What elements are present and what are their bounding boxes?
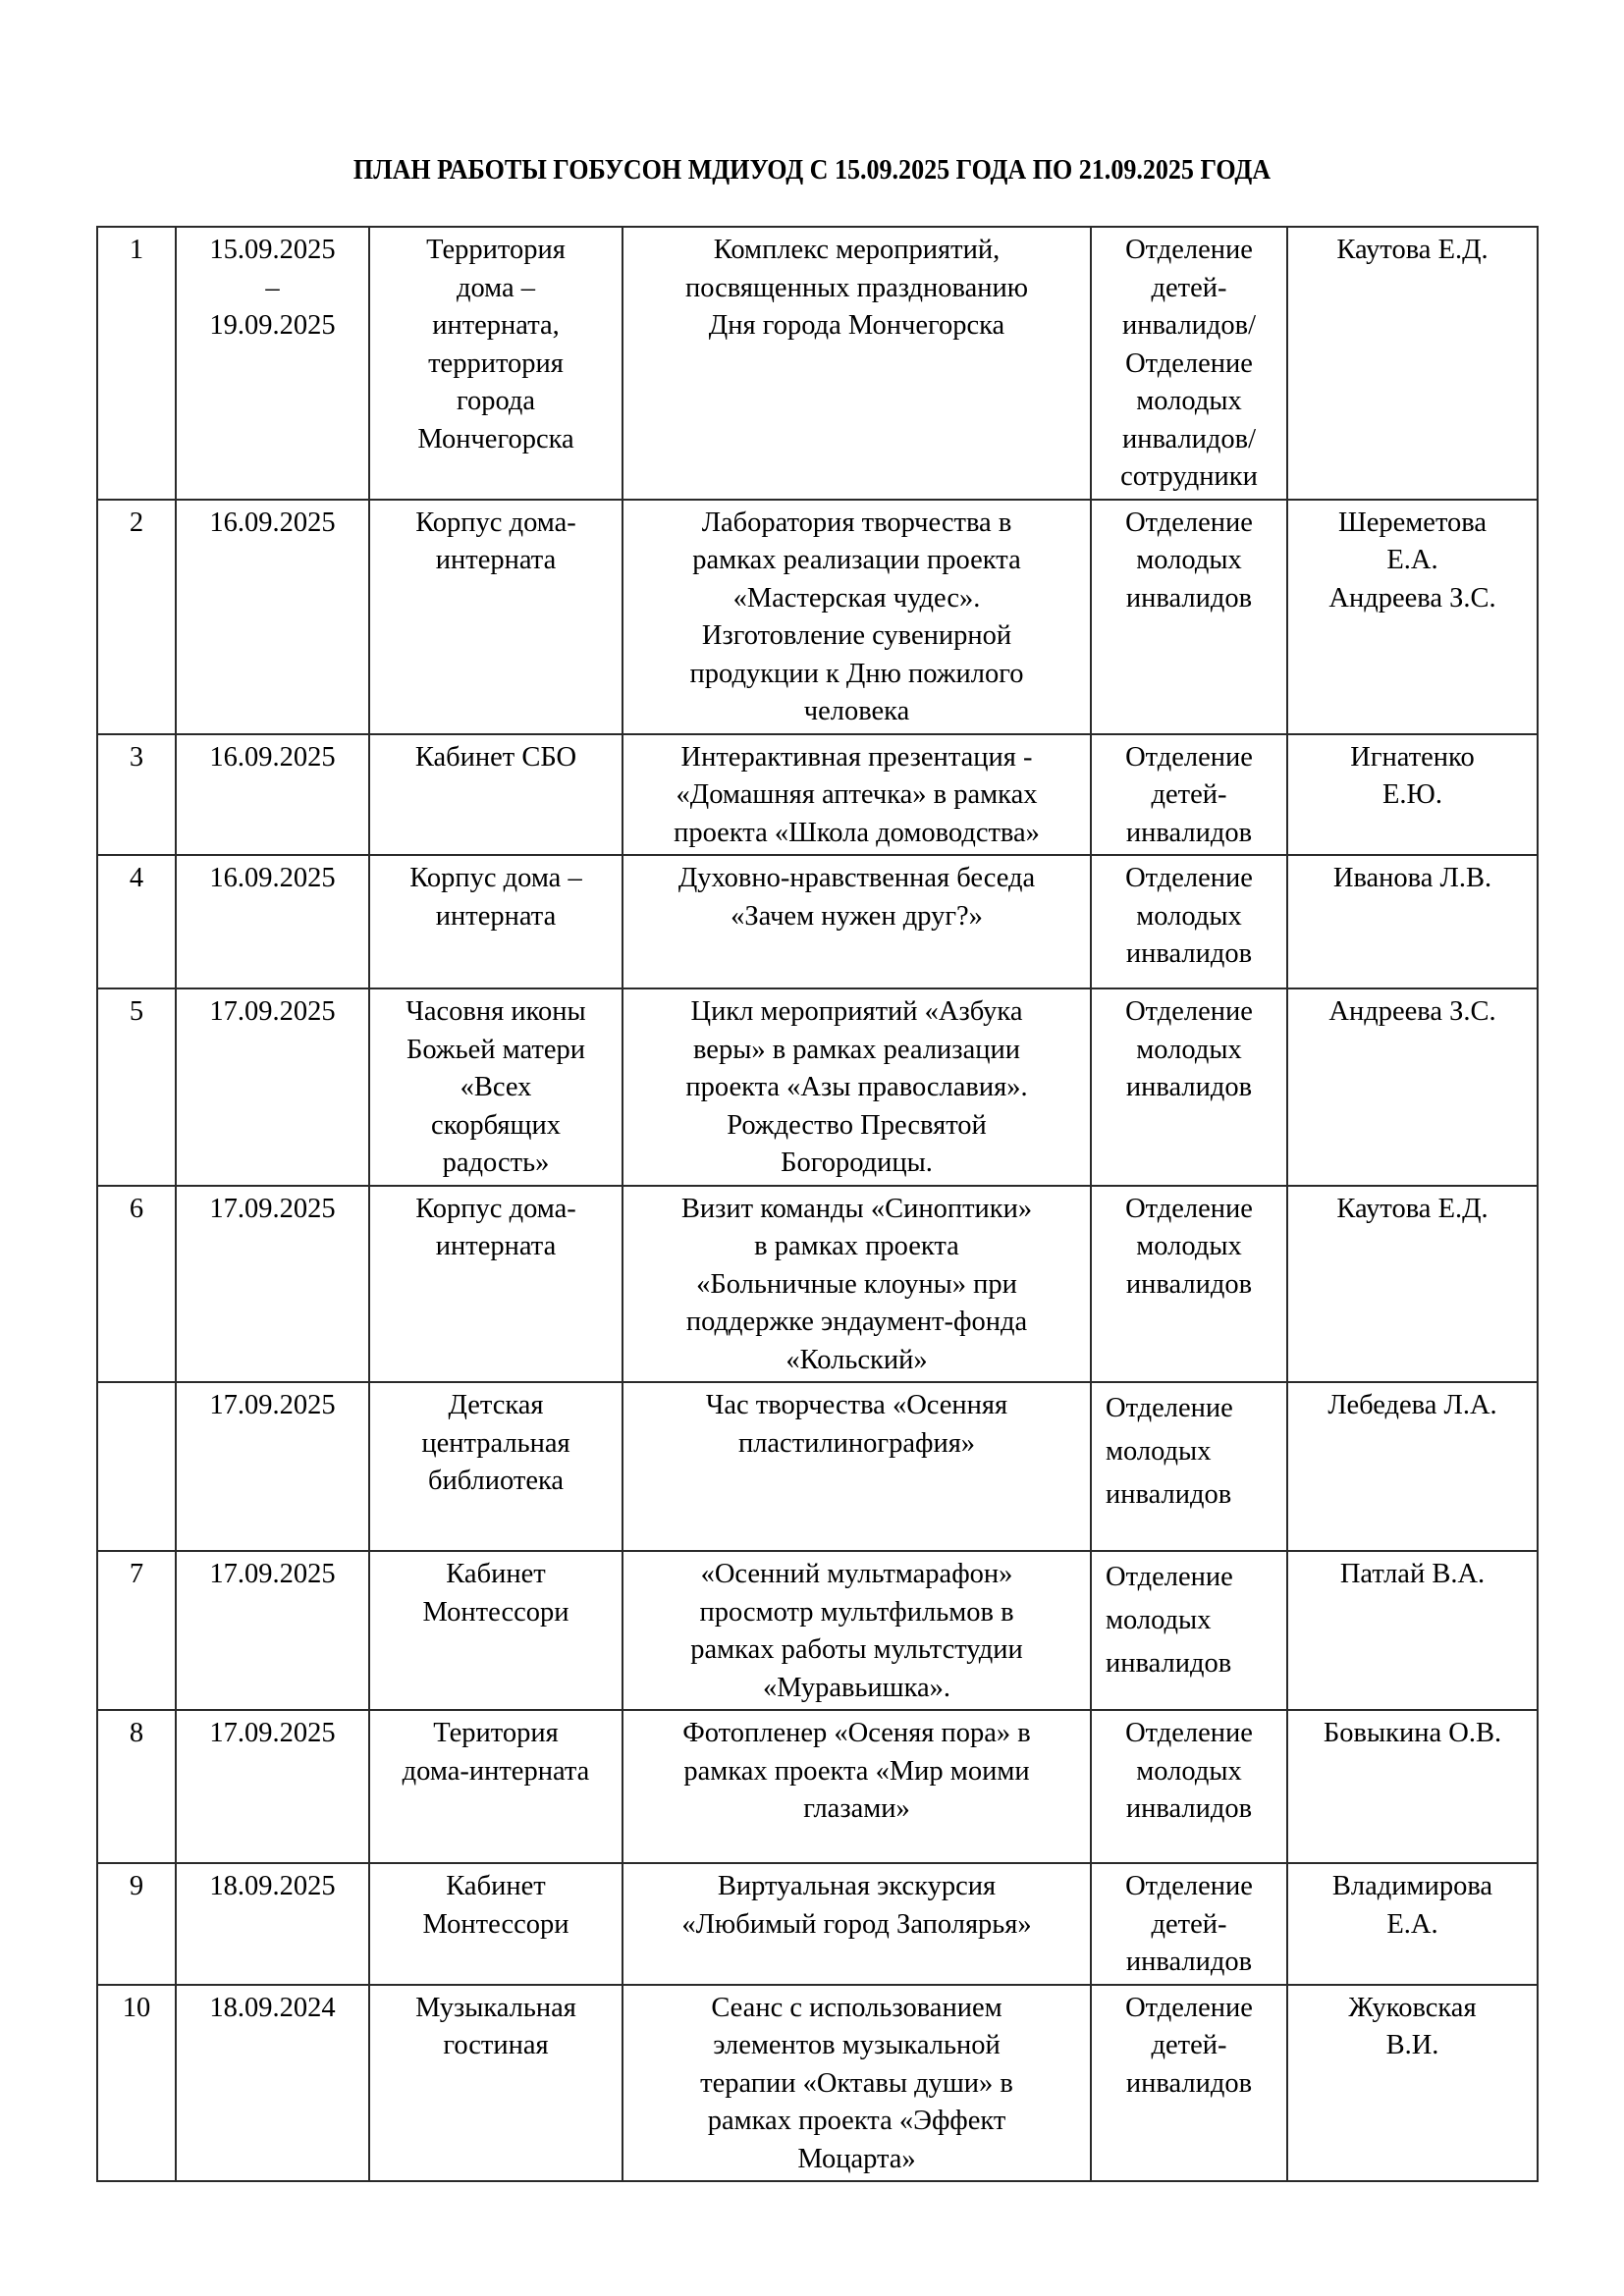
event-date: 16.09.2025	[176, 855, 369, 988]
event-description: Комплекс мероприятий, посвященных праздн…	[623, 227, 1091, 500]
event-place: Корпус дома – интерната	[369, 855, 623, 988]
event-description: Визит команды «Синоптики» в рамках проек…	[623, 1186, 1091, 1383]
row-number: 6	[97, 1186, 176, 1383]
row-number: 2	[97, 500, 176, 734]
event-date: 17.09.2025	[176, 1186, 369, 1383]
event-description: Лаборатория творчества в рамках реализац…	[623, 500, 1091, 734]
event-description: Цикл мероприятий «Азбука веры» в рамках …	[623, 988, 1091, 1186]
row-number: 4	[97, 855, 176, 988]
event-responsible: Шереметова Е.А. Андреева З.С.	[1287, 500, 1538, 734]
event-department: Отделение детей- инвалидов	[1091, 1985, 1287, 2182]
event-department: Отделение детей- инвалидов	[1091, 1863, 1287, 1985]
event-date: 16.09.2025	[176, 734, 369, 856]
event-responsible: Бовыкина О.В.	[1287, 1710, 1538, 1863]
table-row: 6 17.09.2025 Корпус дома- интерната Визи…	[97, 1186, 1538, 1383]
event-responsible: Иванова Л.В.	[1287, 855, 1538, 988]
table-row: 8 17.09.2025 Територия дома-интерната Фо…	[97, 1710, 1538, 1863]
event-responsible: Игнатенко Е.Ю.	[1287, 734, 1538, 856]
table-row: 9 18.09.2025 Кабинет Монтессори Виртуаль…	[97, 1863, 1538, 1985]
event-place: Кабинет Монтессори	[369, 1863, 623, 1985]
event-place: Музыкальная гостиная	[369, 1985, 623, 2182]
event-description: «Осенний мультмарафон» просмотр мультфил…	[623, 1551, 1091, 1710]
event-description: Духовно-нравственная беседа «Зачем нужен…	[623, 855, 1091, 988]
event-place: Часовня иконы Божьей матери «Всех скорбя…	[369, 988, 623, 1186]
event-date: 17.09.2025	[176, 1710, 369, 1863]
event-date: 15.09.2025 – 19.09.2025	[176, 227, 369, 500]
event-department: Отделение молодых инвалидов	[1091, 1551, 1287, 1710]
event-date: 17.09.2025	[176, 988, 369, 1186]
row-number: 10	[97, 1985, 176, 2182]
event-description: Фотопленер «Осеняя пора» в рамках проект…	[623, 1710, 1091, 1863]
event-department: Отделение молодых инвалидов	[1091, 1710, 1287, 1863]
event-place: Корпус дома- интерната	[369, 500, 623, 734]
document-title: ПЛАН РАБОТЫ ГОБУСОН МДИУОД С 15.09.2025 …	[57, 155, 1567, 187]
event-description: Интерактивная презентация - «Домашняя ап…	[623, 734, 1091, 856]
row-number	[97, 1382, 176, 1551]
event-responsible: Жуковская В.И.	[1287, 1985, 1538, 2182]
event-department: Отделение молодых инвалидов	[1091, 1186, 1287, 1383]
event-date: 18.09.2024	[176, 1985, 369, 2182]
event-date: 17.09.2025	[176, 1382, 369, 1551]
event-place: Кабинет Монтессори	[369, 1551, 623, 1710]
event-description: Сеанс с использованием элементов музыкал…	[623, 1985, 1091, 2182]
event-responsible: Патлай В.А.	[1287, 1551, 1538, 1710]
event-description: Виртуальная экскурсия «Любимый город Зап…	[623, 1863, 1091, 1985]
table-row: 3 16.09.2025 Кабинет СБО Интерактивная п…	[97, 734, 1538, 856]
table-row: 1 15.09.2025 – 19.09.2025 Территория дом…	[97, 227, 1538, 500]
table-row: 4 16.09.2025 Корпус дома – интерната Дух…	[97, 855, 1538, 988]
event-department: Отделение молодых инвалидов	[1091, 500, 1287, 734]
table-row: 7 17.09.2025 Кабинет Монтессори «Осенний…	[97, 1551, 1538, 1710]
event-responsible: Каутова Е.Д.	[1287, 227, 1538, 500]
event-date: 18.09.2025	[176, 1863, 369, 1985]
table-row: 17.09.2025 Детская центральная библиотек…	[97, 1382, 1538, 1551]
row-number: 8	[97, 1710, 176, 1863]
event-place: Детская центральная библиотека	[369, 1382, 623, 1551]
event-date: 16.09.2025	[176, 500, 369, 734]
event-responsible: Владимирова Е.А.	[1287, 1863, 1538, 1985]
event-responsible: Лебедева Л.А.	[1287, 1382, 1538, 1551]
event-responsible: Каутова Е.Д.	[1287, 1186, 1538, 1383]
row-number: 7	[97, 1551, 176, 1710]
event-place: Корпус дома- интерната	[369, 1186, 623, 1383]
event-place: Территория дома – интерната, территория …	[369, 227, 623, 500]
event-place: Кабинет СБО	[369, 734, 623, 856]
table-row: 5 17.09.2025 Часовня иконы Божьей матери…	[97, 988, 1538, 1186]
event-department: Отделение молодых инвалидов	[1091, 855, 1287, 988]
event-department: Отделение молодых инвалидов	[1091, 988, 1287, 1186]
event-description: Час творчества «Осенняя пластилинография…	[623, 1382, 1091, 1551]
row-number: 9	[97, 1863, 176, 1985]
row-number: 5	[97, 988, 176, 1186]
event-department: Отделение молодых инвалидов	[1091, 1382, 1287, 1551]
event-date: 17.09.2025	[176, 1551, 369, 1710]
event-place: Територия дома-интерната	[369, 1710, 623, 1863]
work-plan-table: 1 15.09.2025 – 19.09.2025 Территория дом…	[96, 226, 1539, 2182]
event-responsible: Андреева З.С.	[1287, 988, 1538, 1186]
event-department: Отделение детей- инвалидов	[1091, 734, 1287, 856]
table-row: 10 18.09.2024 Музыкальная гостиная Сеанс…	[97, 1985, 1538, 2182]
event-department: Отделение детей- инвалидов/ Отделение мо…	[1091, 227, 1287, 500]
table-row: 2 16.09.2025 Корпус дома- интерната Лабо…	[97, 500, 1538, 734]
row-number: 1	[97, 227, 176, 500]
row-number: 3	[97, 734, 176, 856]
